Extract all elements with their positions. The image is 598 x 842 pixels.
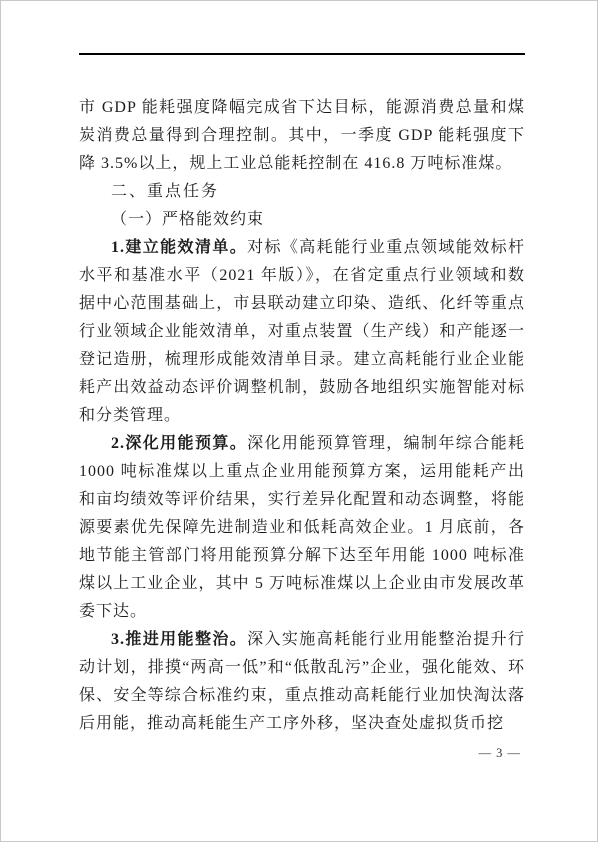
item-2-lead: 2.深化用能预算。	[111, 435, 247, 452]
item-1-lead: 1.建立能效清单。	[111, 239, 247, 256]
section-heading: 二、重点任务	[79, 178, 525, 206]
document-page: 市 GDP 能耗强度降幅完成省下达目标，能源消费总量和煤炭消费总量得到合理控制。…	[0, 0, 598, 842]
item-3-lead: 3.推进用能整治。	[111, 631, 247, 648]
numbered-item-2: 2.深化用能预算。深化用能预算管理，编制年综合能耗 1000 吨标准煤以上重点企…	[79, 430, 525, 626]
paragraph-continuation: 市 GDP 能耗强度降幅完成省下达目标，能源消费总量和煤炭消费总量得到合理控制。…	[79, 94, 525, 178]
numbered-item-1: 1.建立能效清单。对标《高耗能行业重点领域能效标杆水平和基准水平（2021 年版…	[79, 234, 525, 430]
item-1-body: 对标《高耗能行业重点领域能效标杆水平和基准水平（2021 年版）》，在省定重点行…	[79, 239, 525, 424]
document-body: 市 GDP 能耗强度降幅完成省下达目标，能源消费总量和煤炭消费总量得到合理控制。…	[79, 94, 525, 738]
header-rule	[79, 53, 525, 55]
item-2-body: 深化用能预算管理，编制年综合能耗 1000 吨标准煤以上重点企业用能预算方案，运…	[79, 435, 525, 620]
page-number: — 3 —	[479, 746, 522, 761]
numbered-item-3: 3.推进用能整治。深入实施高耗能行业用能整治提升行动计划，排摸“两高一低”和“低…	[79, 626, 525, 738]
subsection-heading: （一）严格能效约束	[79, 206, 525, 234]
